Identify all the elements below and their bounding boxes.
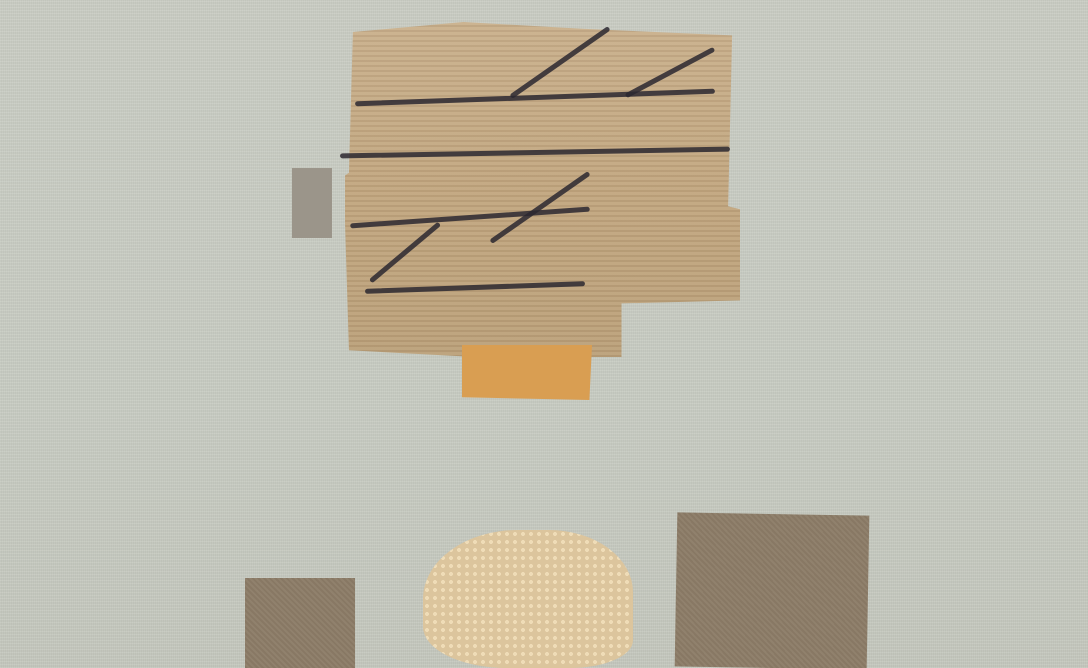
knotted-fabric bbox=[423, 530, 633, 668]
cardboard-left bbox=[245, 578, 355, 668]
orange-tab bbox=[462, 345, 592, 400]
cardboard-right bbox=[675, 512, 870, 668]
grey-side-tab bbox=[292, 168, 332, 238]
